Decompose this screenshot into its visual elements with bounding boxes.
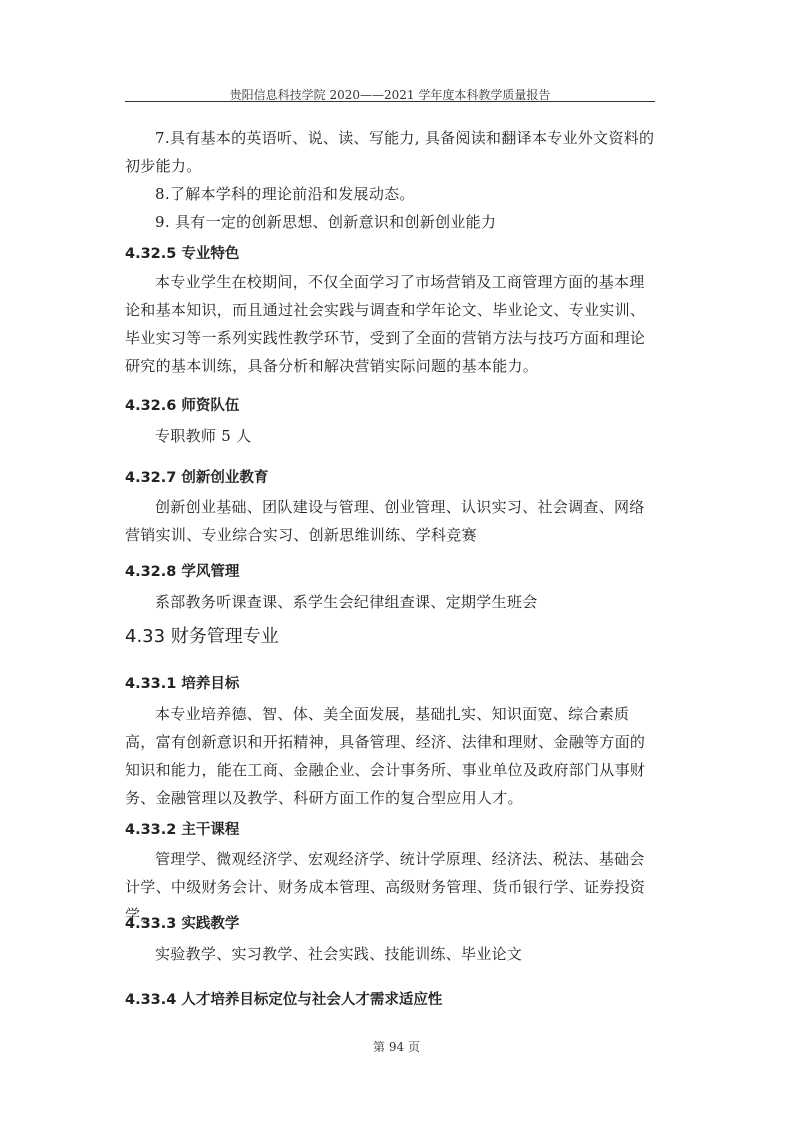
section-heading: 4.32.7 创新创业教育 [125, 466, 655, 487]
intro-list: 7.具有基本的英语听、说、读、写能力, 具备阅读和翻译本专业外文资料的初步能力。… [125, 124, 655, 236]
section-4-32-8: 4.32.8 学风管理 [125, 560, 655, 581]
section-4-32-5: 4.32.5 专业特色 [125, 242, 655, 263]
header-divider [125, 101, 655, 102]
section-body: 实验教学、实习教学、社会实践、技能训练、毕业论文 [125, 940, 655, 968]
section-4-33-4: 4.33.4 人才培养目标定位与社会人才需求适应性 [125, 988, 655, 1009]
section-4-32-7: 4.32.7 创新创业教育 [125, 466, 655, 487]
section-heading: 4.33.2 主干课程 [125, 818, 655, 839]
section-body-4-33-1: 本专业培养德、智、体、美全面发展，基础扎实、知识面宽、综合素质高，富有创新意识和… [125, 700, 655, 812]
section-body-4-32-6: 专职教师 5 人 [125, 422, 655, 450]
list-item: 7.具有基本的英语听、说、读、写能力, 具备阅读和翻译本专业外文资料的初步能力。 [125, 124, 655, 180]
section-heading: 4.33.4 人才培养目标定位与社会人才需求适应性 [125, 988, 655, 1009]
section-body: 专职教师 5 人 [125, 422, 655, 450]
section-body: 本专业学生在校期间，不仅全面学习了市场营销及工商管理方面的基本理论和基本知识，而… [125, 268, 655, 380]
section-body-4-33-3: 实验教学、实习教学、社会实践、技能训练、毕业论文 [125, 940, 655, 968]
section-4-33-3: 4.33.3 实践教学 [125, 912, 655, 933]
section-4-33-1: 4.33.1 培养目标 [125, 672, 655, 693]
section-body-4-32-5: 本专业学生在校期间，不仅全面学习了市场营销及工商管理方面的基本理论和基本知识，而… [125, 268, 655, 380]
section-body-4-32-8: 系部教务听课查课、系学生会纪律组查课、定期学生班会 [125, 588, 655, 616]
list-item: 8.了解本学科的理论前沿和发展动态。 [125, 180, 655, 208]
section-body: 创新创业基础、团队建设与管理、创业管理、认识实习、社会调查、网络营销实训、专业综… [125, 493, 655, 549]
section-4-32-6: 4.32.6 师资队伍 [125, 394, 655, 415]
page-number: 第 94 页 [0, 1038, 793, 1055]
section-heading: 4.33.1 培养目标 [125, 672, 655, 693]
section-body: 本专业培养德、智、体、美全面发展，基础扎实、知识面宽、综合素质高，富有创新意识和… [125, 700, 655, 812]
chapter-4-33: 4.33 财务管理专业 [125, 622, 655, 648]
section-heading: 4.32.8 学风管理 [125, 560, 655, 581]
section-heading: 4.33.3 实践教学 [125, 912, 655, 933]
section-body-4-32-7: 创新创业基础、团队建设与管理、创业管理、认识实习、社会调查、网络营销实训、专业综… [125, 493, 655, 549]
section-heading: 4.32.5 专业特色 [125, 242, 655, 263]
section-body: 系部教务听课查课、系学生会纪律组查课、定期学生班会 [125, 588, 655, 616]
list-item: 9. 具有一定的创新思想、创新意识和创新创业能力 [125, 208, 655, 236]
chapter-heading: 4.33 财务管理专业 [125, 622, 655, 648]
section-4-33-2: 4.33.2 主干课程 [125, 818, 655, 839]
section-heading: 4.32.6 师资队伍 [125, 394, 655, 415]
